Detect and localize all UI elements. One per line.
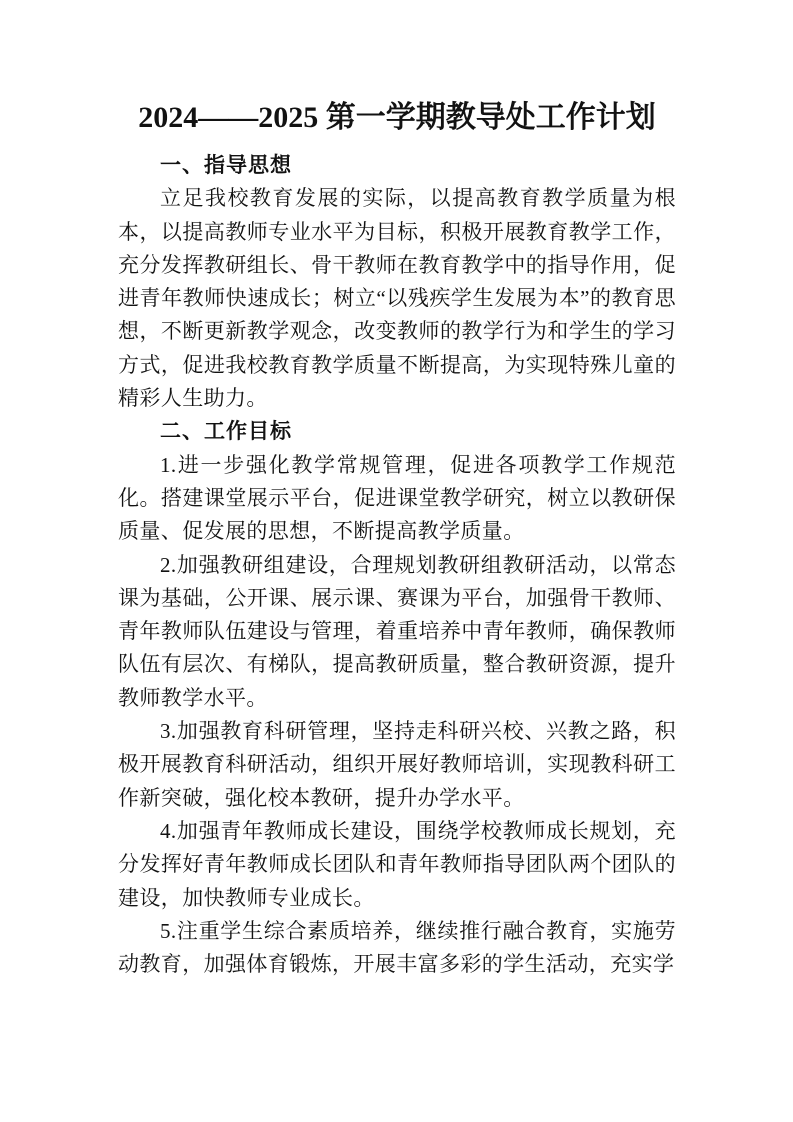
- document-title: 2024——2025 第一学期教导处工作计划: [118, 95, 676, 141]
- paragraph-goal-1: 1.进一步强化教学常规管理，促进各项教学工作规范化。搭建课堂展示平台，促进课堂教…: [118, 449, 676, 549]
- section-guiding-ideology: 一、指导思想 立足我校教育发展的实际，以提高教育教学质量为根本，以提高教师专业水…: [118, 149, 676, 415]
- paragraph-goal-4: 4.加强青年教师成长建设，围绕学校教师成长规划，充分发挥好青年教师成长团队和青年…: [118, 815, 676, 915]
- paragraph-guiding-ideology: 立足我校教育发展的实际，以提高教育教学质量为根本，以提高教师专业水平为目标，积极…: [118, 182, 676, 415]
- paragraph-goal-2: 2.加强教研组建设，合理规划教研组教研活动，以常态课为基础，公开课、展示课、赛课…: [118, 549, 676, 715]
- paragraph-goal-5: 5.注重学生综合素质培养，继续推行融合教育，实施劳动教育，加强体育锻炼，开展丰富…: [118, 915, 676, 982]
- section-work-goals: 二、工作目标 1.进一步强化教学常规管理，促进各项教学工作规范化。搭建课堂展示平…: [118, 415, 676, 981]
- section-heading-guiding-ideology: 一、指导思想: [118, 149, 676, 182]
- paragraph-goal-3: 3.加强教育科研管理，坚持走科研兴校、兴教之路，积极开展教育科研活动，组织开展好…: [118, 715, 676, 815]
- section-heading-work-goals: 二、工作目标: [118, 415, 676, 448]
- document-page: 2024——2025 第一学期教导处工作计划 一、指导思想 立足我校教育发展的实…: [118, 95, 676, 981]
